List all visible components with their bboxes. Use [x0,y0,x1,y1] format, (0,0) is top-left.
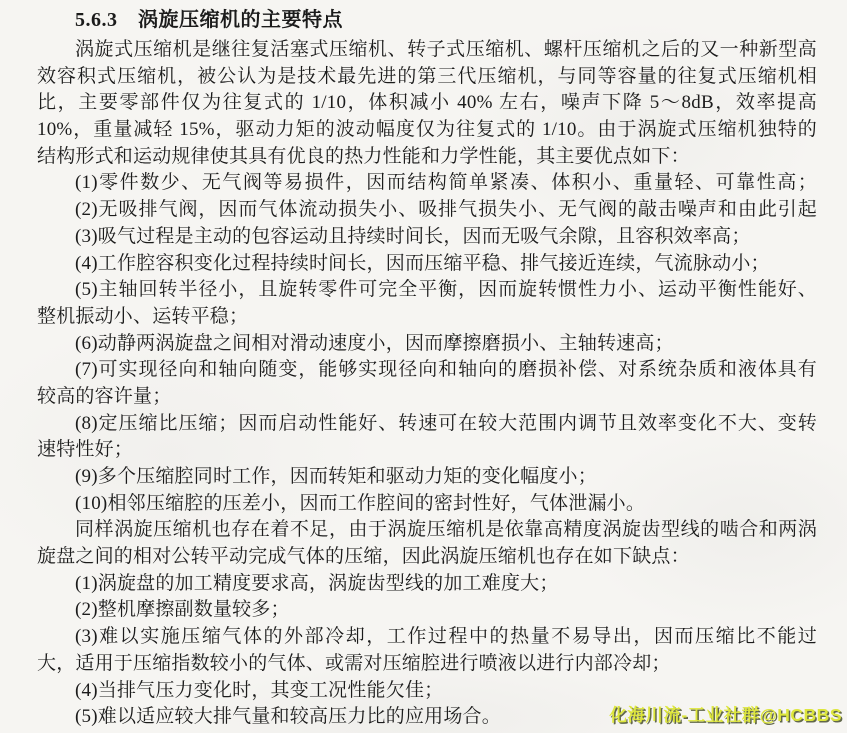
text-line: 10%，重量减轻 15%，驱动力矩的波动幅度仅为往复式的 1/10。由于涡旋式压… [37,117,817,144]
text-line: 涡旋式压缩机是继往复活塞式压缩机、转子式压缩机、螺杆压缩机之后的又一种新型高 [37,37,817,64]
text-line: (6)动静两涡旋盘之间相对滑动速度小，因而摩擦磨损小、主轴转速高； [37,331,817,358]
text-line: (3)难以实施压缩气体的外部冷却，工作过程中的热量不易导出，因而压缩比不能过 [37,624,817,651]
text-line: 速特性好； [37,437,817,464]
text-line: 大，适用于压缩指数较小的气体、或需对压缩腔进行喷液以进行内部冷却； [37,651,817,678]
text-line: (4)工作腔容积变化过程持续时间长，因而压缩平稳、排气接近连续，气流脉动小； [37,251,817,278]
text-line: 效容积式压缩机，被公认为是技术最先进的第三代压缩机，与同等容量的往复式压缩机相 [37,64,817,91]
text-line: 比，主要零部件仅为往复式的 1/10，体积减小 40% 左右，噪声下降 5～8d… [37,90,817,117]
text-line: (1)涡旋盘的加工精度要求高，涡旋齿型线的加工难度大； [37,571,817,598]
text-line: 较高的容许量； [37,384,817,411]
text-line: (8)定压缩比压缩；因而启动性能好、转速可在较大范围内调节且效率变化不大、变转 [37,411,817,438]
section-heading: 5.6.3 涡旋压缩机的主要特点 [37,5,817,37]
watermark: 化海川流-工业社群@HCBBS [609,702,842,727]
text-line: (5)主轴回转半径小，且旋转零件可完全平衡，因而旋转惯性力小、运动平衡性能好、 [37,277,817,304]
text-line: (9)多个压缩腔同时工作，因而转矩和驱动力矩的变化幅度小； [37,464,817,491]
scanned-page: 5.6.3 涡旋压缩机的主要特点 涡旋式压缩机是继往复活塞式压缩机、转子式压缩机… [0,0,847,733]
body-text: 涡旋式压缩机是继往复活塞式压缩机、转子式压缩机、螺杆压缩机之后的又一种新型高效容… [37,37,817,731]
text-line: (4)当排气压力变化时，其变工况性能欠佳； [37,678,817,705]
text-line: (3)吸气过程是主动的包容运动且持续时间长，因而无吸气余隙，且容积效率高； [37,224,817,251]
text-line: 结构形式和运动规律使其具有优良的热力性能和力学性能，其主要优点如下： [37,144,817,171]
text-line: (2)整机摩擦副数量较多； [37,597,817,624]
text-line: (2)无吸排气阀，因而气体流动损失小、吸排气损失小、无气阀的敲击噪声和由此引起 [37,197,817,224]
text-line: (1)零件数少、无气阀等易损件，因而结构简单紧凑、体积小、重量轻、可靠性高； [37,170,817,197]
text-line: 旋盘之间的相对公转平动完成气体的压缩，因此涡旋压缩机也存在如下缺点： [37,544,817,571]
text-line: (7)可实现径向和轴向随变，能够实现径向和轴向的磨损补偿、对系统杂质和液体具有 [37,357,817,384]
text-line: 整机振动小、运转平稳； [37,304,817,331]
text-line: (10)相邻压缩腔的压差小，因而工作腔间的密封性好，气体泄漏小。 [37,491,817,518]
text-line: 同样涡旋压缩机也存在着不足，由于涡旋压缩机是依靠高精度涡旋齿型线的啮合和两涡 [37,517,817,544]
